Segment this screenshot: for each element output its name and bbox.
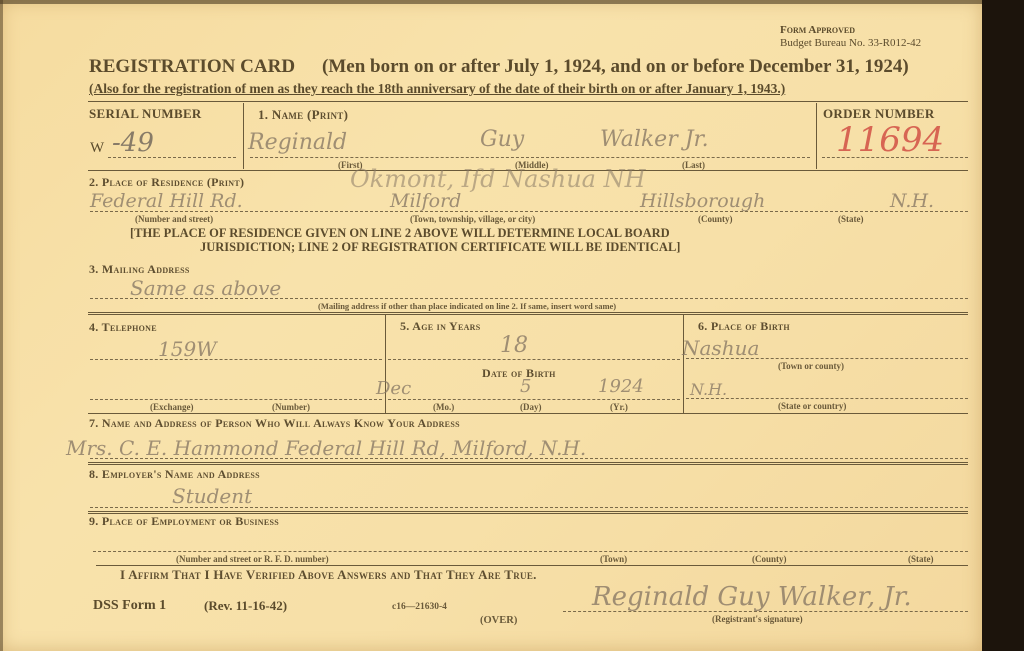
residence-state-value: N.H. xyxy=(890,190,934,212)
residence-county-value: Hillsborough xyxy=(640,190,765,212)
employment-place-label: 9. Place of Employment or Business xyxy=(89,514,279,529)
contact-label: 7. Name and Address of Person Who Will A… xyxy=(89,416,460,431)
employment-county-caption: (County) xyxy=(752,554,787,564)
contact-value: Mrs. C. E. Hammond Federal Hill Rd, Milf… xyxy=(66,436,586,460)
residence-town-value: Milford xyxy=(390,190,461,212)
print-code: c16—21630-4 xyxy=(392,602,447,612)
divider xyxy=(816,103,817,169)
mailing-line xyxy=(90,298,968,299)
employment-state-caption: (State) xyxy=(908,554,934,564)
card-title-eligibility: (Men born on or after July 1, 1924, and … xyxy=(322,56,909,78)
form-approved: Form Approved xyxy=(780,24,855,36)
employer-line xyxy=(90,507,968,508)
telephone-value: 159W xyxy=(158,337,217,361)
name-label: 1. Name (Print) xyxy=(258,107,348,123)
street-caption: (Number and street) xyxy=(135,214,213,224)
birth-state-caption: (State or country) xyxy=(778,401,846,411)
last-name-value: Walker Jr. xyxy=(600,127,709,152)
affirmation-text: I Affirm That I Have Verified Above Answ… xyxy=(120,567,537,583)
birth-state-value: N.H. xyxy=(690,380,727,399)
age-line xyxy=(388,359,680,360)
dob-day-value: 5 xyxy=(520,376,531,397)
dob-label: Date of Birth xyxy=(482,366,556,381)
serial-line xyxy=(108,157,236,158)
telephone-line-2 xyxy=(90,399,382,400)
month-caption: (Mo.) xyxy=(433,402,454,412)
employer-value: Student xyxy=(172,484,252,508)
county-caption: (County) xyxy=(698,214,733,224)
age-value: 18 xyxy=(500,333,528,358)
card-edge-top xyxy=(0,0,982,4)
signature-caption: (Registrant's signature) xyxy=(712,614,803,624)
employment-place-line xyxy=(93,551,968,552)
residence-label: 2. Place of Residence (Print) xyxy=(89,175,244,190)
residence-street-value: Federal Hill Rd. xyxy=(90,190,243,212)
dob-line xyxy=(388,399,680,400)
card-title: REGISTRATION CARD xyxy=(89,56,295,78)
divider xyxy=(96,565,968,566)
birth-town-caption: (Town or county) xyxy=(778,361,844,371)
divider xyxy=(88,101,968,102)
serial-prefix: W xyxy=(90,140,104,157)
birth-town-line xyxy=(686,358,968,359)
card-edge-left xyxy=(0,0,3,651)
divider xyxy=(88,462,968,465)
over-indicator: (OVER) xyxy=(480,615,517,626)
dob-year-value: 1924 xyxy=(598,376,644,397)
mailing-label: 3. Mailing Address xyxy=(89,262,190,277)
birth-town-value: Nashua xyxy=(682,336,759,360)
form-id: DSS Form 1 xyxy=(93,598,166,614)
divider xyxy=(88,312,968,315)
employer-label: 8. Employer's Name and Address xyxy=(89,467,260,482)
telephone-label: 4. Telephone xyxy=(89,320,157,335)
employment-street-caption: (Number and street or R. F. D. number) xyxy=(176,554,329,564)
residence-notice-line2: JURISDICTION; LINE 2 OF REGISTRATION CER… xyxy=(200,240,680,255)
name-line xyxy=(250,157,810,158)
registration-card: Form Approved Budget Bureau No. 33-R012-… xyxy=(0,0,982,651)
divider xyxy=(88,413,968,414)
birthplace-label: 6. Place of Birth xyxy=(698,319,790,334)
residence-annotation: Okmont, Ifd Nashua NH xyxy=(350,165,646,193)
town-caption: (Town, township, village, or city) xyxy=(410,214,535,224)
exchange-caption: (Exchange) xyxy=(150,402,194,412)
telephone-line xyxy=(90,359,382,360)
mailing-caption: (Mailing address if other than place ind… xyxy=(318,301,616,311)
contact-line xyxy=(90,458,968,459)
age-label: 5. Age in Years xyxy=(400,319,481,334)
year-caption: (Yr.) xyxy=(610,402,628,412)
budget-bureau-number: Budget Bureau No. 33-R012-42 xyxy=(780,37,921,49)
divider xyxy=(683,315,684,413)
birth-state-line xyxy=(686,398,968,399)
number-caption: (Number) xyxy=(272,402,310,412)
residence-notice-line1: [THE PLACE OF RESIDENCE GIVEN ON LINE 2 … xyxy=(130,226,670,241)
state-caption: (State) xyxy=(838,214,864,224)
serial-number-value: -49 xyxy=(112,128,154,158)
middle-name-value: Guy xyxy=(480,127,524,152)
signature-line xyxy=(563,611,968,612)
dob-month-value: Dec xyxy=(376,378,411,399)
mailing-value: Same as above xyxy=(130,276,281,300)
order-line xyxy=(822,157,968,158)
order-number-value: 11694 xyxy=(836,120,944,160)
last-caption: (Last) xyxy=(682,160,705,170)
day-caption: (Day) xyxy=(520,402,542,412)
card-subtitle: (Also for the registration of men as the… xyxy=(89,81,785,97)
form-revision: (Rev. 11-16-42) xyxy=(204,598,287,614)
first-name-value: Reginald xyxy=(248,130,347,155)
divider xyxy=(243,103,244,169)
residence-line xyxy=(90,211,968,212)
employment-town-caption: (Town) xyxy=(600,554,627,564)
registrant-signature: Reginald Guy Walker, Jr. xyxy=(592,582,912,612)
serial-number-label: SERIAL NUMBER xyxy=(89,106,202,122)
